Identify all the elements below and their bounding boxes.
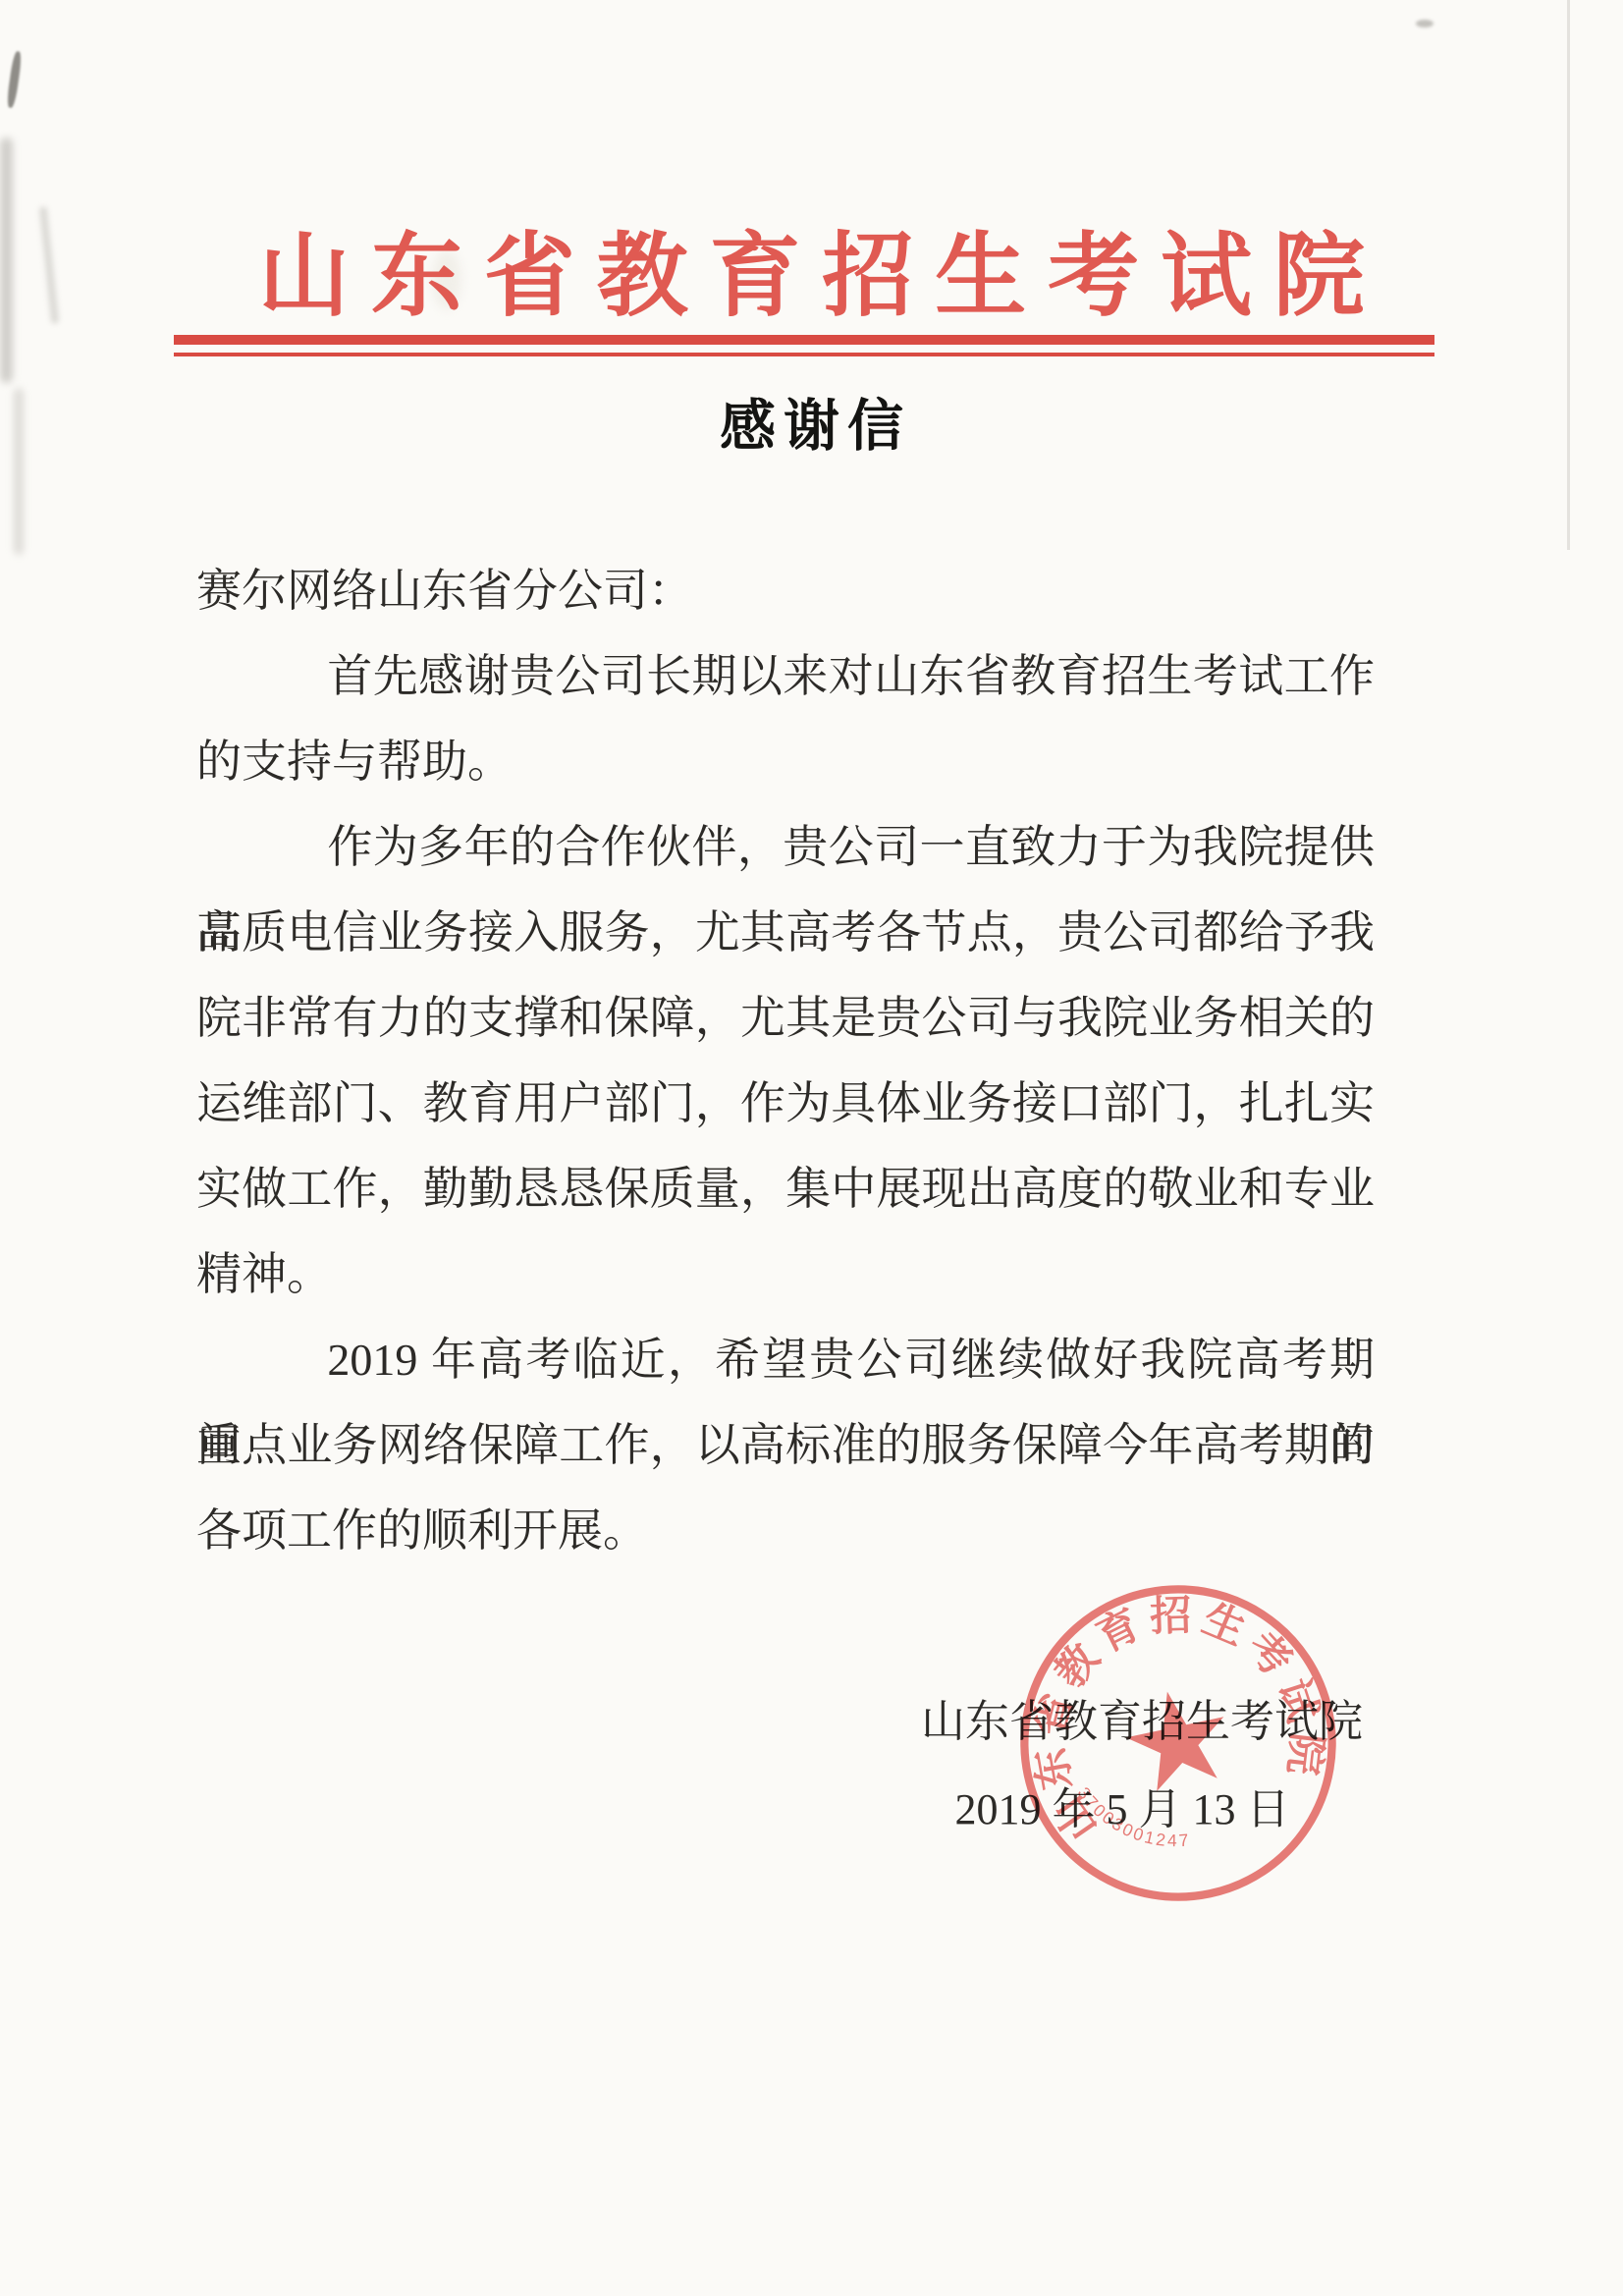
body-paragraph-lines: 首先感谢贵公司长期以来对山东省教育招生考试工作 的支持与帮助。 作为多年的合作伙… [196,633,1375,1573]
signature-org-name: 山东省教育招生考试院 [921,1685,1358,1749]
body-line: 院非常有力的支撑和保障，尤其是贵公司与我院业务相关的 [196,975,1375,1061]
body-line: 实做工作，勤勤恳恳保质量，集中展现出高度的敬业和专业 [196,1146,1375,1231]
salutation: 赛尔网络山东省分公司： [196,548,1375,633]
scan-speck [6,51,23,109]
document-title: 感谢信 [0,381,1623,462]
body-line: 首先感谢贵公司长期以来对山东省教育招生考试工作 [196,633,1375,719]
body-line: 各项工作的顺利开展。 [196,1488,1375,1573]
signature-date: 2019 年 5 月 13 日 [941,1774,1304,1836]
letterhead-org-name: 山东省教育招生考试院 [0,202,1623,334]
letterhead-rule-thick [174,335,1434,345]
body-line: 作为多年的合作伙伴，贵公司一直致力于为我院提供高 [196,804,1375,890]
body-line: 运维部门、教育用户部门，作为具体业务接口部门，扎扎实 [196,1061,1375,1146]
body-line: 品质电信业务接入服务，尤其高考各节点，贵公司都给予我 [196,890,1375,975]
body-line: 精神。 [196,1231,1375,1317]
letterhead-rule-thin [174,353,1434,356]
body-line: 重点业务网络保障工作，以高标准的服务保障今年高考期间 [196,1402,1375,1488]
body-line: 2019 年高考临近，希望贵公司继续做好我院高考期间的 [196,1317,1375,1402]
body-line: 的支持与帮助。 [196,719,1375,804]
letter-page: 山东省教育招生考试院 感谢信 赛尔网络山东省分公司： 首先感谢贵公司长期以来对山… [0,0,1623,2296]
scan-speck [1416,20,1434,27]
letter-body: 赛尔网络山东省分公司： 首先感谢贵公司长期以来对山东省教育招生考试工作 的支持与… [196,548,1375,1573]
